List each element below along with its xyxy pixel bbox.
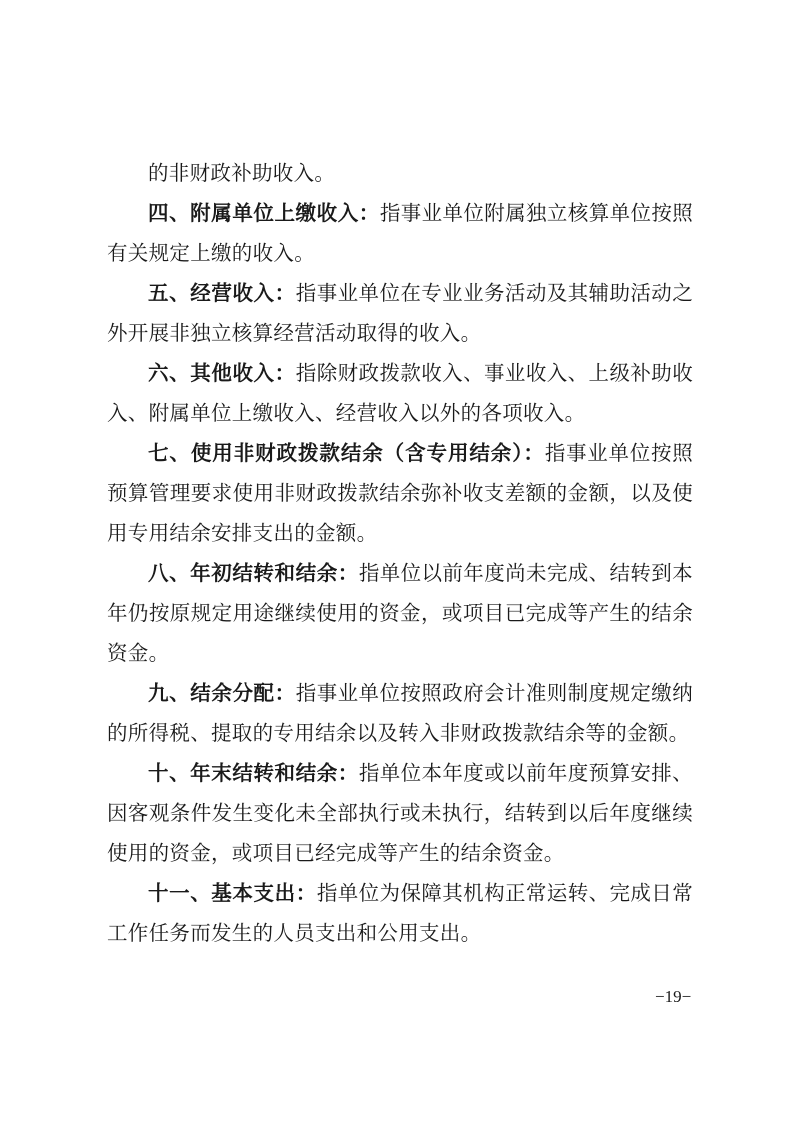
continuation-text: 的非财政补助收入。: [148, 161, 335, 185]
section-term: 十一、基本支出：: [148, 881, 317, 905]
section-term: 六、其他收入：: [148, 361, 296, 385]
section-paragraph-11: 十一、基本支出：指单位为保障其机构正常运转、完成日常工作任务而发生的人员支出和公…: [107, 873, 693, 953]
section-paragraph-4: 四、附属单位上缴收入：指事业单位附属独立核算单位按照有关规定上缴的收入。: [107, 193, 693, 273]
continuation-paragraph: 的非财政补助收入。: [107, 153, 693, 193]
section-paragraph-9: 九、结余分配：指事业单位按照政府会计准则制度规定缴纳的所得税、提取的专用结余以及…: [107, 673, 693, 753]
section-term: 八、年初结转和结余：: [148, 561, 359, 585]
section-term: 四、附属单位上缴收入：: [148, 201, 380, 225]
section-paragraph-10: 十、年末结转和结余：指单位本年度或以前年度预算安排、因客观条件发生变化未全部执行…: [107, 753, 693, 873]
section-term: 五、经营收入：: [148, 281, 296, 305]
document-page: 的非财政补助收入。 四、附属单位上缴收入：指事业单位附属独立核算单位按照有关规定…: [0, 0, 793, 1122]
section-term: 七、使用非财政拨款结余（含专用结余）：: [148, 441, 545, 465]
section-paragraph-6: 六、其他收入：指除财政拨款收入、事业收入、上级补助收入、附属单位上缴收入、经营收…: [107, 353, 693, 433]
page-number: −19−: [655, 987, 691, 1007]
section-paragraph-5: 五、经营收入：指事业单位在专业业务活动及其辅助活动之外开展非独立核算经营活动取得…: [107, 273, 693, 353]
section-paragraph-7: 七、使用非财政拨款结余（含专用结余）：指事业单位按照预算管理要求使用非财政拨款结…: [107, 433, 693, 553]
section-paragraph-8: 八、年初结转和结余：指单位以前年度尚未完成、结转到本年仍按原规定用途继续使用的资…: [107, 553, 693, 673]
document-body: 的非财政补助收入。 四、附属单位上缴收入：指事业单位附属独立核算单位按照有关规定…: [107, 153, 693, 953]
section-term: 九、结余分配：: [148, 681, 296, 705]
section-term: 十、年末结转和结余：: [148, 761, 359, 785]
